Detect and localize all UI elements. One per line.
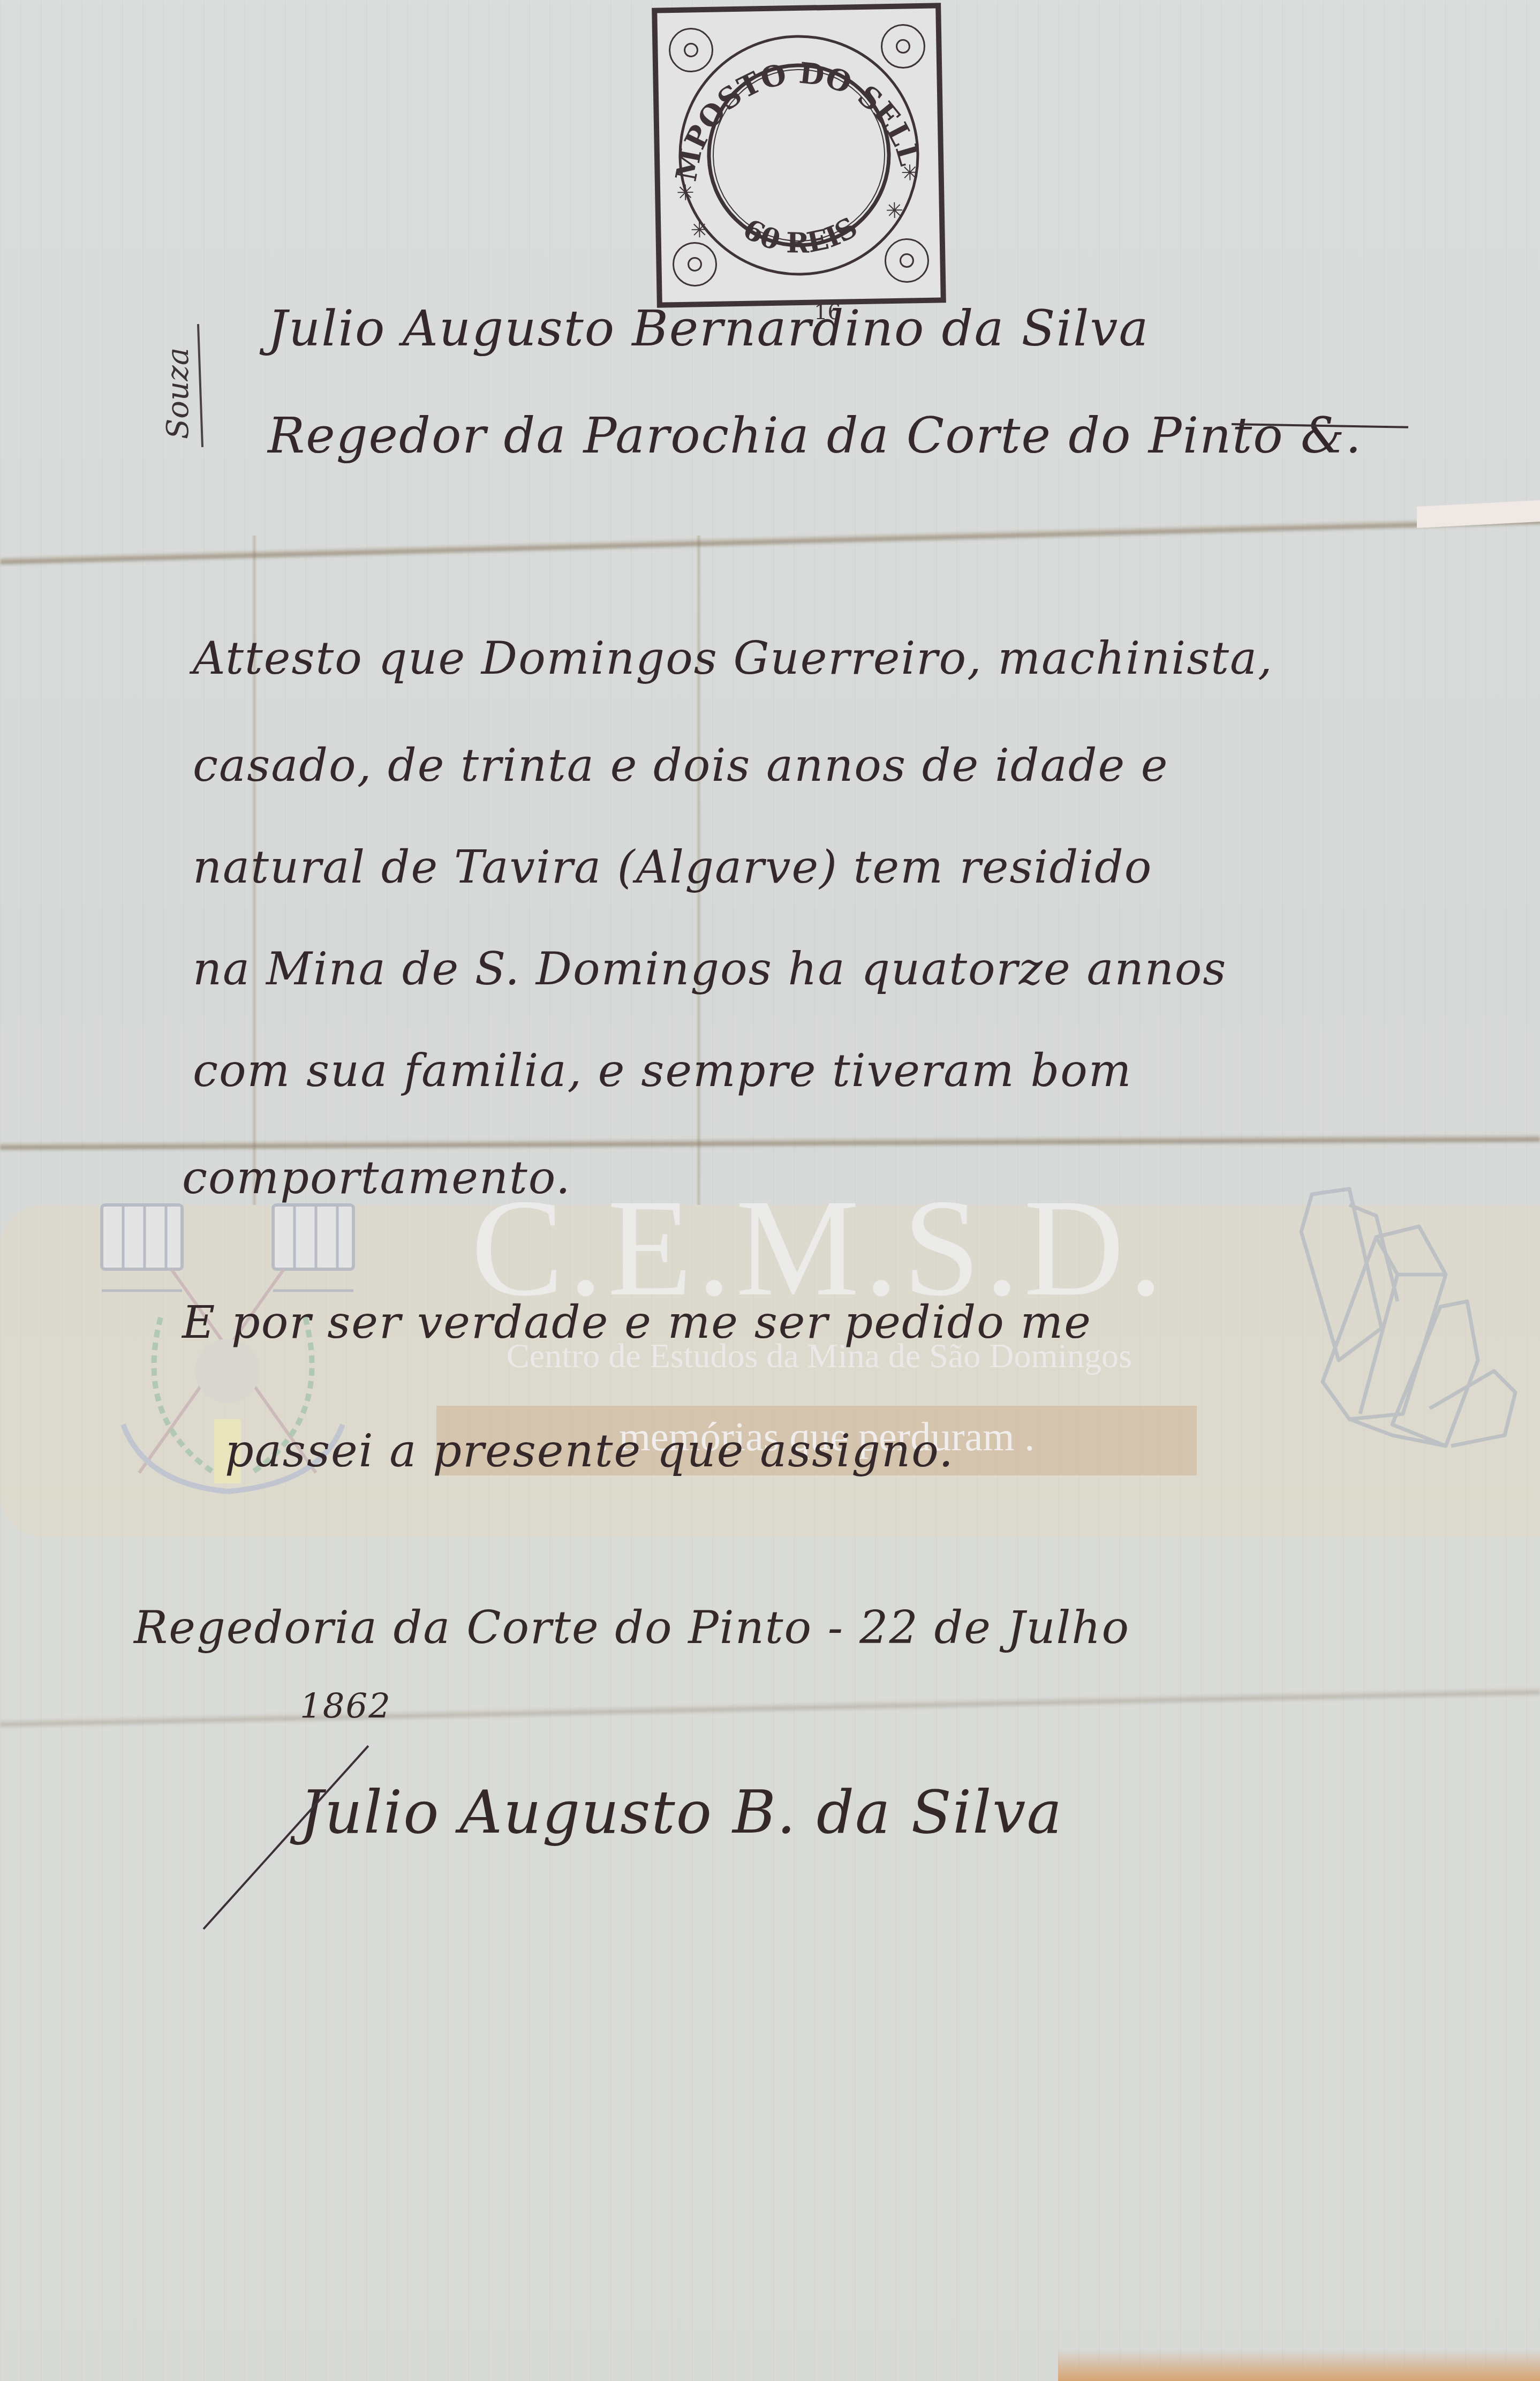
- closing-year: 1862: [300, 1687, 391, 1727]
- svg-text:✳: ✳: [676, 180, 694, 206]
- signature: Julio Augusto B. da Silva: [300, 1778, 1063, 1847]
- crystal-cluster-icon: [1269, 1167, 1526, 1467]
- body-line-4: na Mina de S. Domingos ha quatorze annos: [193, 943, 1227, 995]
- header-title: Regedor da Parochia da Corte do Pinto &.: [268, 407, 1362, 464]
- body-line-5: com sua familia, e sempre tiveram bom: [193, 1044, 1132, 1097]
- margin-note: Souza: [161, 348, 195, 439]
- stamp-ornament-icon: IMPOSTO DO SELLO 60 REIS ✳✳ ✳✳: [657, 9, 940, 303]
- svg-text:✳: ✳: [901, 161, 919, 186]
- body-line-3: natural de Tavira (Algarve) tem residido: [193, 841, 1152, 893]
- closing-place-date: Regedoria da Corte do Pinto - 22 de Julh…: [134, 1601, 1130, 1654]
- body-line-7: E por ser verdade e me ser pedido me: [182, 1296, 1092, 1348]
- tax-stamp: IMPOSTO DO SELLO 60 REIS ✳✳ ✳✳: [652, 3, 946, 307]
- body-line-8: passei a presente que assigno.: [225, 1425, 954, 1477]
- svg-text:60 REIS: 60 REIS: [737, 210, 864, 261]
- body-line-1: Attesto que Domingos Guerreiro, machinis…: [193, 632, 1273, 684]
- bottom-stain: [1058, 2349, 1540, 2381]
- svg-text:✳: ✳: [690, 218, 708, 243]
- body-line-2: casado, de trinta e dois annos de idade …: [193, 739, 1169, 792]
- svg-text:✳: ✳: [885, 199, 903, 224]
- header-name: Julio Augusto Bernardino da Silva: [268, 300, 1149, 357]
